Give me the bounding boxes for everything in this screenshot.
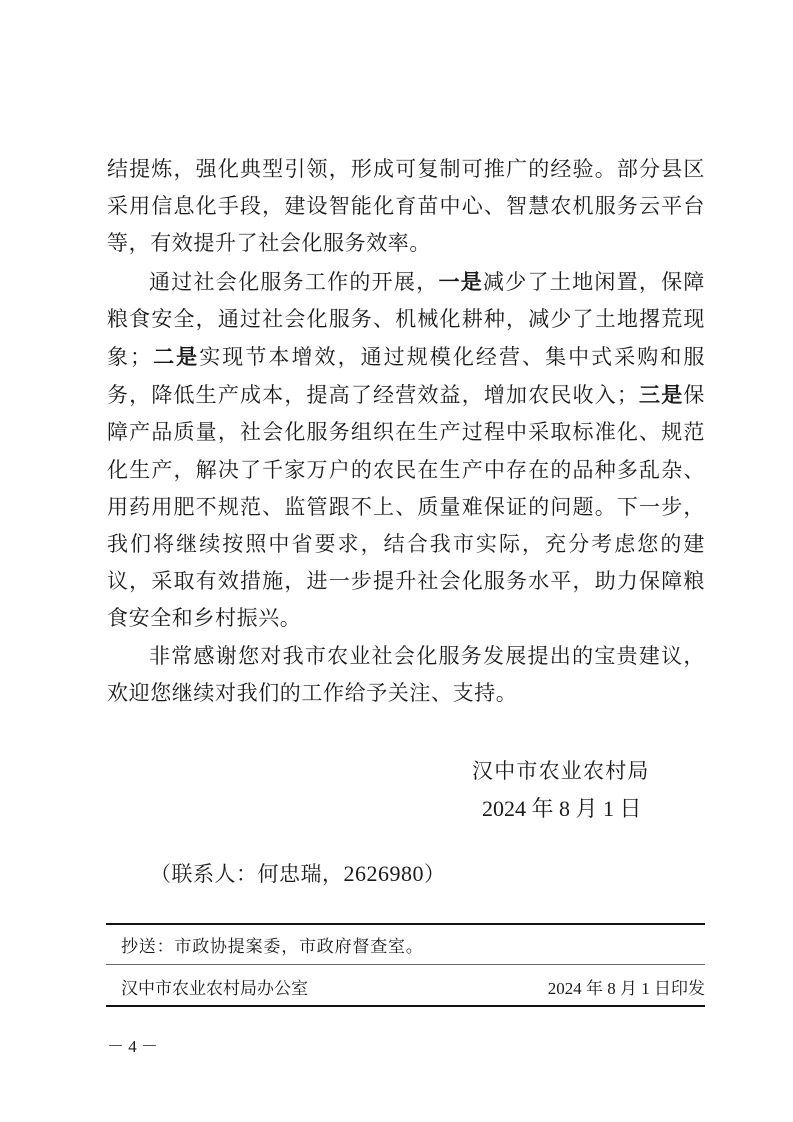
signature-block: 汉中市农业农村局 2024 年 8 月 1 日 (472, 752, 650, 828)
point-three-label: 三是 (638, 382, 683, 407)
point-two-label: 二是 (152, 344, 200, 369)
footer-middle-rule (106, 964, 705, 965)
paragraph-2: 通过社会化服务工作的开展，一是减少了土地闲置，保障粮食安全，通过社会化服务、机械… (107, 263, 705, 638)
paragraph-1: 结提炼，强化典型引领，形成可复制可推广的经验。部分县区采用信息化手段，建设智能化… (107, 151, 705, 263)
contact-suffix: ） (424, 862, 446, 886)
point-one-label: 一是 (438, 269, 483, 294)
issue-date: 2024 年 8 月 1 日印发 (548, 974, 705, 999)
issuer: 汉中市农业农村局办公室 (121, 974, 308, 999)
paragraph-text: 通过社会化服务工作的开展， (149, 270, 438, 294)
contact-person: （联系人：何忠瑞， (150, 862, 344, 886)
contact-line: （联系人：何忠瑞，2626980） (150, 858, 446, 888)
document-page: 结提炼，强化典型引领，形成可复制可推广的经验。部分县区采用信息化手段，建设智能化… (0, 0, 793, 1122)
signature-date: 2024 年 8 月 1 日 (472, 790, 650, 828)
body-text: 结提炼，强化典型引领，形成可复制可推广的经验。部分县区采用信息化手段，建设智能化… (107, 151, 705, 712)
footer-bottom-rule (106, 1005, 705, 1007)
cc-recipients: 市政协提案委，市政府督查室。 (174, 937, 423, 957)
paragraph-text: 非常感谢您对我市农业社会化服务发展提出的宝贵建议，欢迎您继续对我们的工作给予关注… (107, 644, 705, 705)
cc-line: 抄送：市政协提案委，市政府督查室。 (121, 932, 424, 957)
paragraph-text: 保障产品质量，社会化服务组织在生产过程中采取标准化、规范化生产，解决了千家万户的… (107, 383, 705, 630)
page-number: － 4 － (107, 1032, 158, 1057)
contact-phone: 2626980 (344, 861, 425, 886)
paragraph-text: 结提炼，强化典型引领，形成可复制可推广的经验。部分县区采用信息化手段，建设智能化… (107, 157, 705, 255)
signature-organization: 汉中市农业农村局 (472, 752, 650, 790)
footer-top-rule (106, 923, 705, 925)
cc-label: 抄送： (121, 937, 174, 957)
paragraph-3: 非常感谢您对我市农业社会化服务发展提出的宝贵建议，欢迎您继续对我们的工作给予关注… (107, 638, 705, 712)
